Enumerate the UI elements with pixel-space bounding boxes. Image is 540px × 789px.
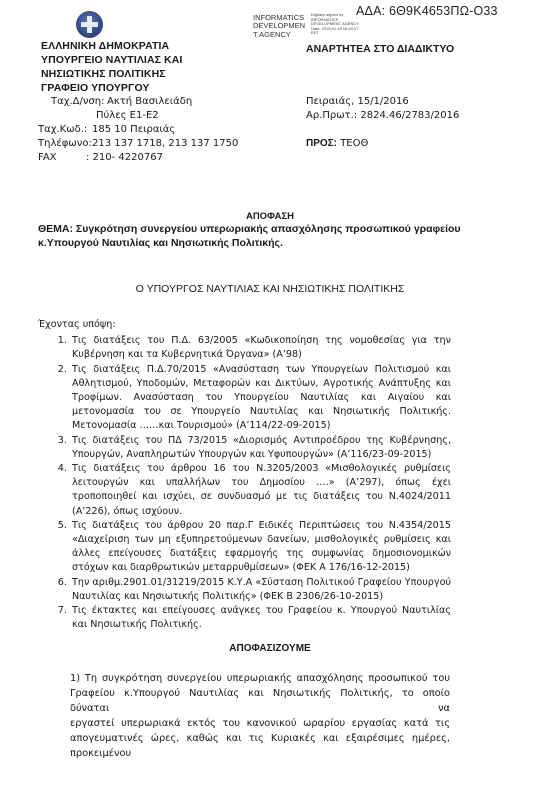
protocol-number: Αρ.Πρωτ.: 2824.46/2783/2016 (306, 110, 459, 121)
recipient-label: ΠΡΟΣ: (306, 138, 337, 149)
signature-stamp-organization: INFORMATICS DEVELOPMEN T AGENCY (253, 14, 305, 39)
consideration-item: Τις διατάξεις του Π.Δ. 63/2005 «Κωδικοπο… (70, 334, 451, 362)
decision-line: 1) Τη συγκρότηση συνεργείου υπερωριακής … (70, 671, 450, 686)
consideration-item: Την αριθμ.2901.01/31219/2015 Κ.Υ.Α «Σύστ… (70, 576, 451, 604)
minister-heading: Ο ΥΠΟΥΡΓΟΣ ΝΑΥΤΙΛΙΑΣ ΚΑΙ ΝΗΣΙΩΤΙΚΗΣ ΠΟΛΙ… (0, 283, 540, 295)
stamp-detail-line: EET (311, 31, 359, 36)
decision-line: Γραφείου κ.Υπουργού Ναυτιλίας και Νησιωτ… (70, 686, 450, 716)
subject-line: κ.Υπουργού Ναυτιλίας και Νησιωτικής Πολι… (38, 237, 283, 249)
considerations-list: Τις διατάξεις του Π.Δ. 63/2005 «Κωδικοπο… (38, 334, 451, 632)
recipient-value: ΤΕΟΘ (340, 138, 368, 149)
greek-coat-of-arms-icon (76, 11, 103, 38)
address-label: Ταχ.Δ/νση: (51, 96, 105, 107)
address-value: Ακτή Βασιλειάδη (107, 96, 192, 107)
postcode-label: Ταχ.Κωδ.: (38, 124, 87, 135)
consideration-item: Τις διατάξεις Π.Δ.70/2015 «Ανασύσταση τω… (70, 363, 451, 434)
address-line2: Πύλες Ε1-Ε2 (96, 110, 159, 121)
subject-line: ΘΕΜΑ: Συγκρότηση συνεργείου υπερωριακής … (38, 223, 461, 235)
fax-value: : 210- 4220767 (86, 152, 163, 163)
document-title: ΑΠΟΦΑΣΗ (0, 211, 540, 222)
postcode-value: 185 10 Πειραιάς (92, 124, 175, 135)
considerations-section: Έχοντας υπόψη: Τις διατάξεις του Π.Δ. 63… (38, 318, 451, 632)
consideration-item: Τις διατάξεις του άρθρου 20 παρ.Γ Ειδικέ… (70, 519, 451, 576)
phone-value: 213 137 1718, 213 137 1750 (92, 138, 238, 149)
decision-heading: ΑΠΟΦΑΣΙΖΟΥΜΕ (0, 643, 540, 654)
signature-stamp-details: Digitally signed by INFORMATICS DEVELOPM… (311, 13, 359, 36)
ada-code: ΑΔΑ: 6Θ9Κ4653ΠΩ-Ο33 (356, 4, 498, 18)
sender-line: ΥΠΟΥΡΓΕΙΟ ΝΑΥΤΙΛΙΑΣ ΚΑΙ (41, 54, 182, 66)
sender-line: ΕΛΛΗΝΙΚΗ ΔΗΜΟΚΡΑΤΙΑ (41, 40, 169, 52)
posting-notice: ΑΝΑΡΤΗΤΕΑ ΣΤΟ ΔΙΑΔΙΚΤΥΟ (306, 43, 454, 55)
decision-line: εργαστεί υπερωριακά εκτός του κανονικού … (70, 716, 450, 731)
recipient: ΠΡΟΣ: ΤΕΟΘ (306, 138, 368, 149)
place-date: Πειραιάς, 15/1/2016 (306, 96, 409, 107)
sender-line: ΓΡΑΦΕΙΟ ΥΠΟΥΡΓΟΥ (41, 82, 150, 94)
stamp-org-line: T AGENCY (253, 31, 305, 39)
considering-label: Έχοντας υπόψη: (38, 318, 451, 332)
decision-line: απογευματινές ώρες, καθώς και τις Κυριακ… (70, 731, 450, 761)
consideration-item: Τις διατάξεις του ΠΔ 73/2015 «Διορισμός … (70, 434, 451, 462)
decision-paragraph: 1) Τη συγκρότηση συνεργείου υπερωριακής … (70, 671, 450, 761)
fax-label: FAX (38, 152, 57, 163)
consideration-item: Τις έκτακτες και επείγουσες ανάγκες του … (70, 604, 451, 632)
sender-line: ΝΗΣΙΩΤΙΚΗΣ ΠΟΛΙΤΙΚΗΣ (41, 68, 166, 80)
phone-label: Τηλέφωνο: (38, 138, 92, 149)
consideration-item: Τις διατάξεις του άρθρου 16 του Ν.3205/2… (70, 462, 451, 519)
